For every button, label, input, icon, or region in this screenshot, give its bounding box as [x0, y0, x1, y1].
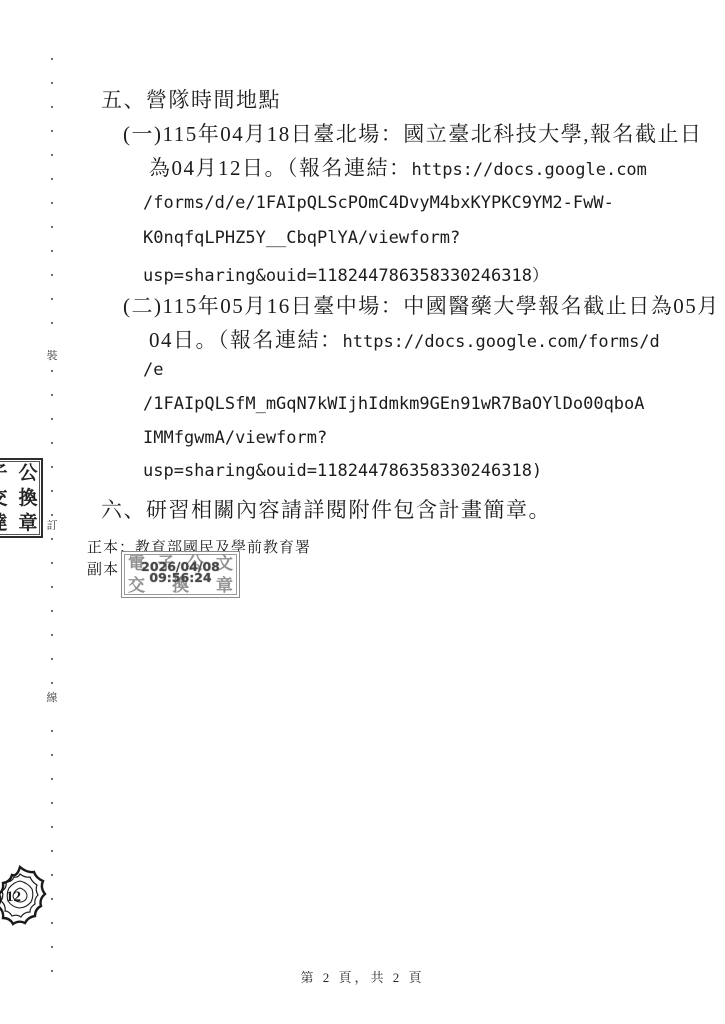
- item2-line4-url: /1FAIpQLSfM_mGqN7kWIjhIdmkm9GEn91wR7BaOY…: [143, 394, 645, 414]
- edge-stamp-right-column: 公換章: [18, 461, 38, 535]
- item1-line2-url: https://docs.google.com: [412, 160, 647, 180]
- section6-heading: 六、研習相關內容請詳閱附件包含計畫簡章。: [101, 494, 551, 524]
- page-number-footer: 第 2 頁，共 2 頁: [0, 967, 725, 986]
- seal-number: 12: [6, 889, 21, 905]
- edge-exchange-stamp: 子交達 公換章: [0, 458, 43, 538]
- binding-label-xian: 線: [42, 688, 62, 708]
- item2-line2-text: 04日。（報名連結：: [149, 328, 343, 352]
- electronic-exchange-stamp: 電子公文 交換章 2026/04/08 09:56:24: [121, 551, 240, 598]
- contour-seal-icon: 12: [0, 864, 48, 940]
- document-page: 裝 訂 線 五、營隊時間地點 (一)115年04月18日臺北場：國立臺北科技大學…: [0, 0, 725, 1024]
- exchange-stamp-datetime: 2026/04/08 09:56:24: [122, 561, 239, 583]
- item2-line2: 04日。（報名連結：https://docs.google.com/forms/…: [149, 324, 660, 354]
- item1-line2-text: 為04月12日。（報名連結：: [149, 156, 412, 180]
- item2-line6-url: usp=sharing&ouid=118244786358330246318): [143, 461, 542, 481]
- item1-line1: (一)115年04月18日臺北場：國立臺北科技大學,報名截止日: [123, 118, 702, 148]
- item2-line2-url: https://docs.google.com/forms/d: [343, 332, 660, 352]
- item1-line5-url: usp=sharing&ouid=118244786358330246318）: [143, 261, 549, 286]
- item2-line5-url: IMMfgwmA/viewform?: [143, 428, 327, 448]
- binding-label-zhuang: 裝: [42, 346, 62, 366]
- item2-line1: (二)115年05月16日臺中場：中國醫藥大學報名截止日為05月: [123, 290, 720, 320]
- edge-stamp-left-column: 子交達: [0, 461, 8, 535]
- binding-label-ding: 訂: [42, 516, 62, 536]
- item1-line2: 為04月12日。（報名連結：https://docs.google.com: [149, 152, 647, 182]
- exchange-stamp-time: 09:56:24: [122, 572, 239, 583]
- item1-line3-url: /forms/d/e/1FAIpQLScPOmC4DvyM4bxKYPKC9YM…: [143, 193, 614, 213]
- section5-heading: 五、營隊時間地點: [101, 84, 281, 114]
- item1-line4-url: K0nqfqLPHZ5Y__CbqPlYA/viewform?: [143, 228, 460, 248]
- item2-line3-url: /e: [143, 360, 163, 380]
